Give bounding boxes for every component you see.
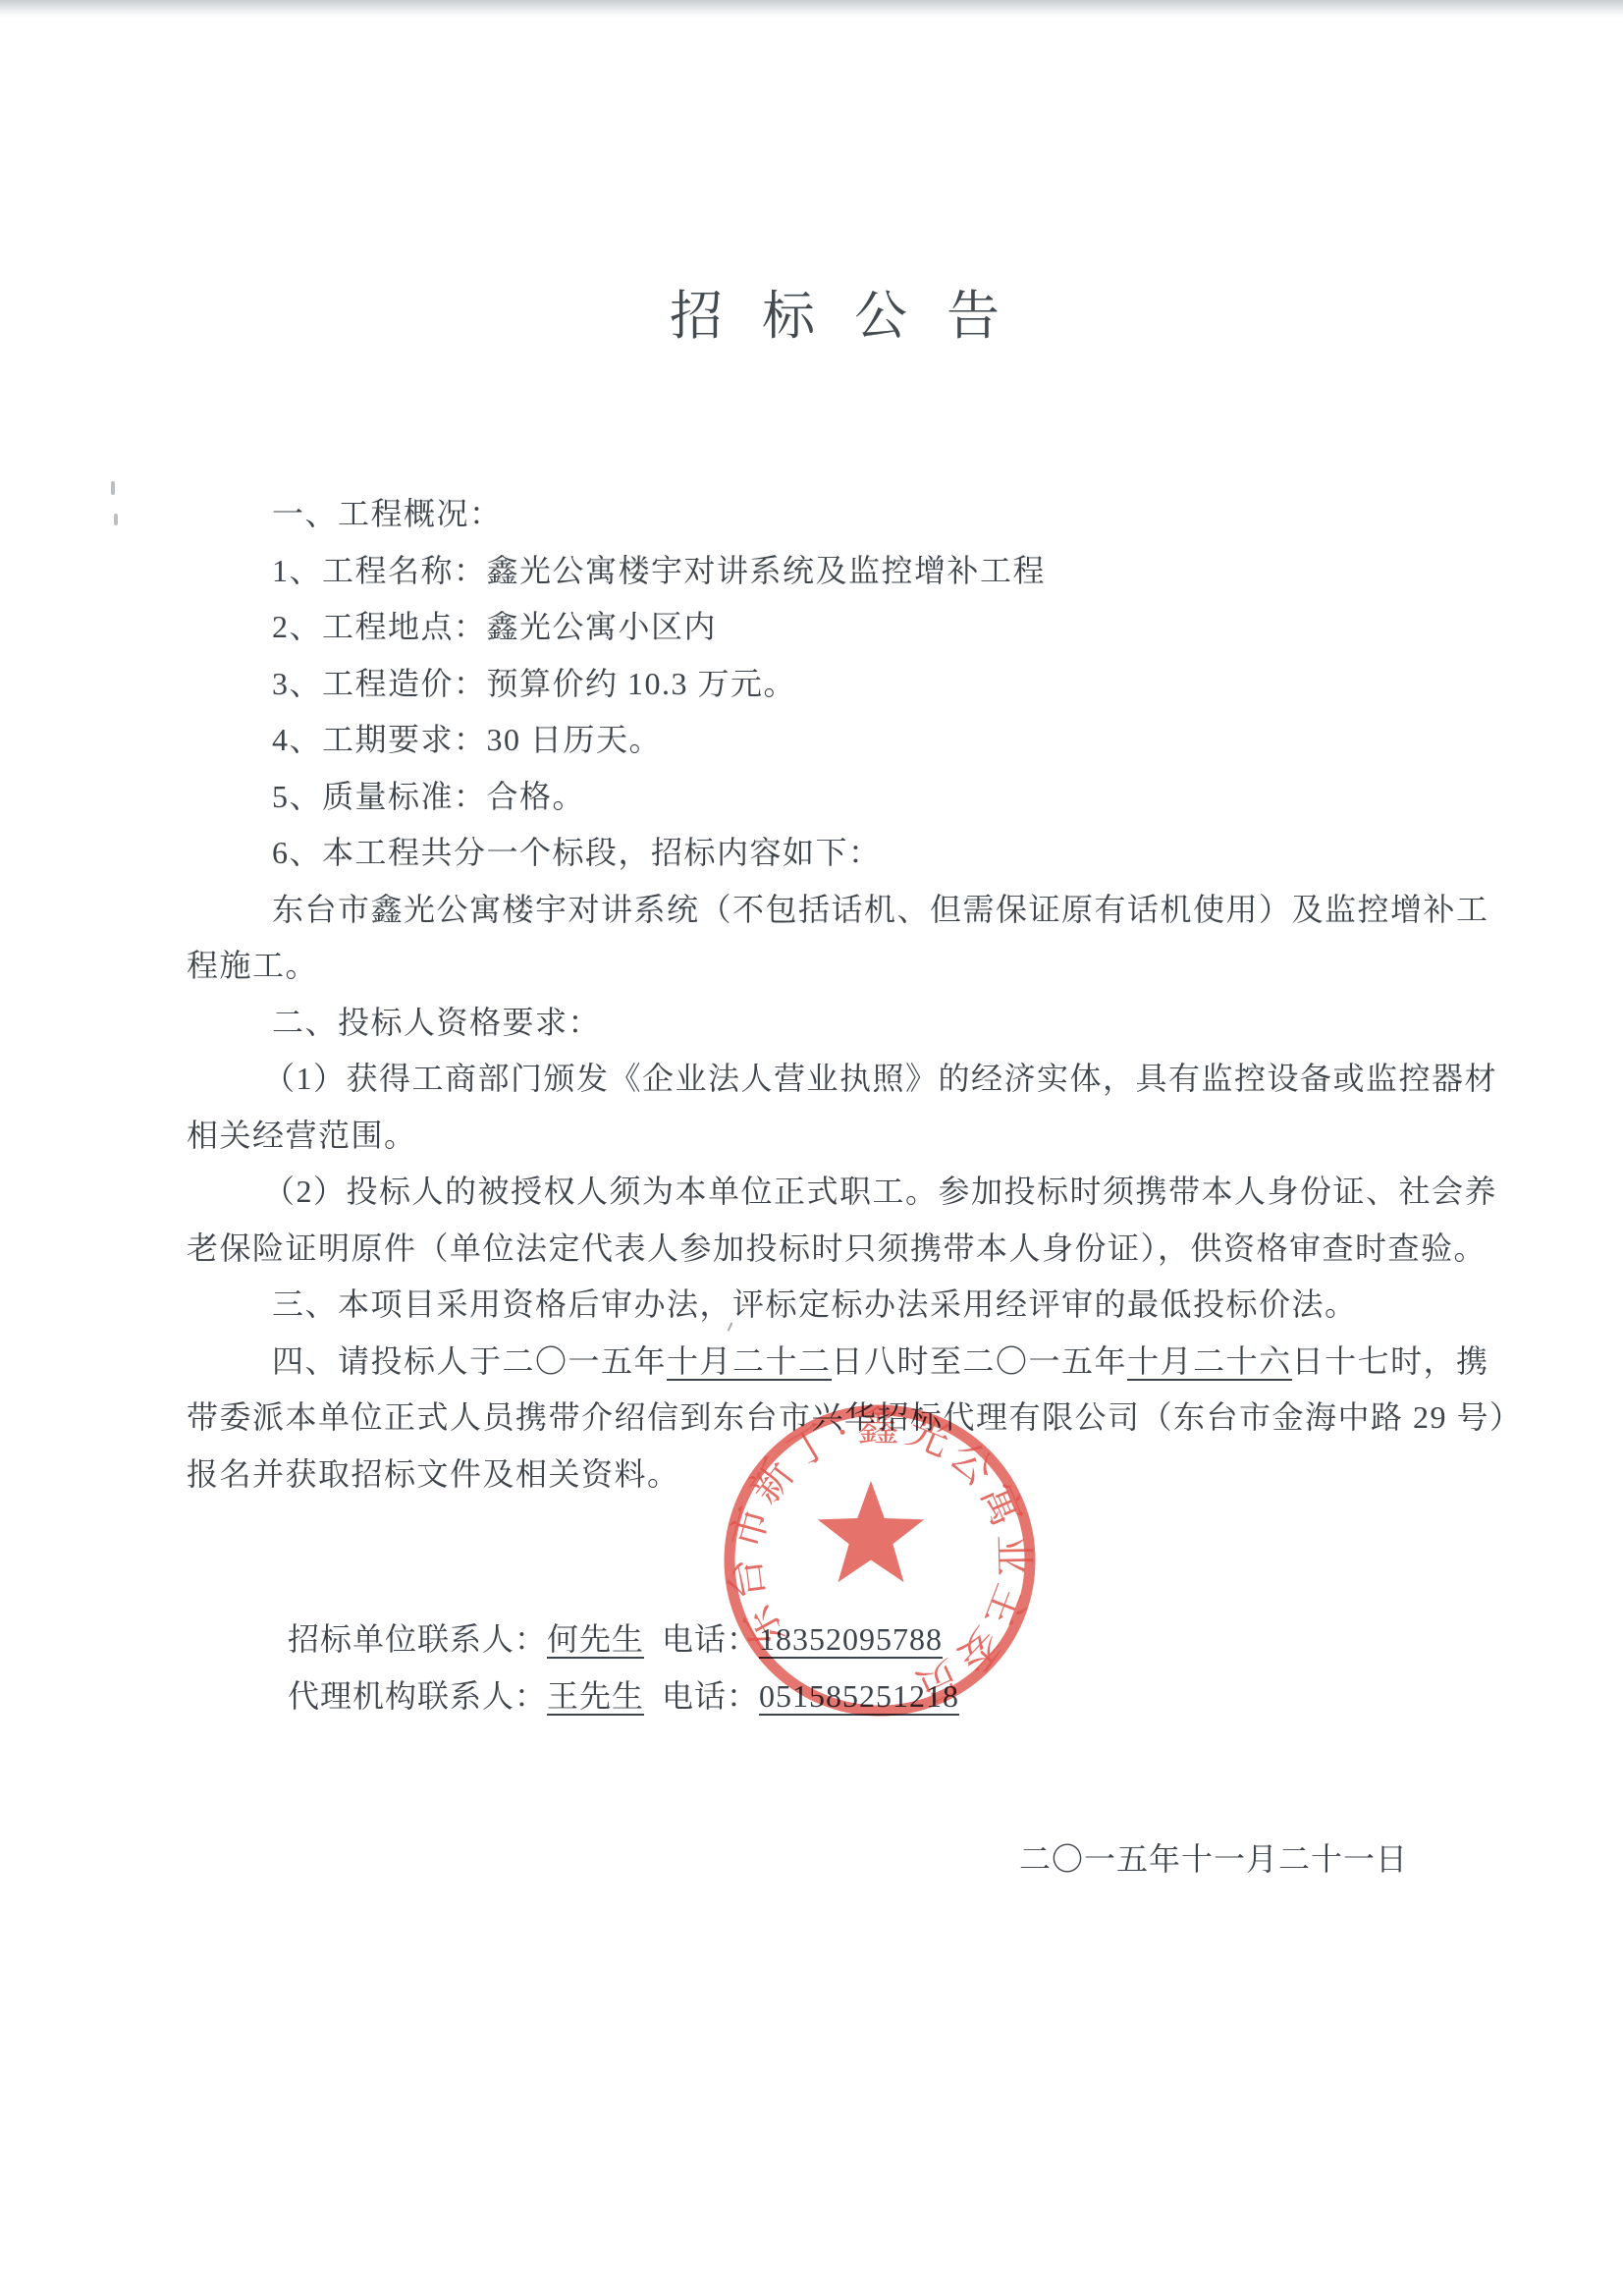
doc-line: 老保险证明原件（单位法定代表人参加投标时只须携带本人身份证），供资格审查时查验。 <box>187 1221 1564 1278</box>
text-run: 日十七时，携 <box>1292 1343 1489 1379</box>
text-run: 日八时至二〇一五年 <box>832 1343 1128 1379</box>
contact-name: 何先生 <box>547 1621 644 1659</box>
text-run: （1）获得工商部门颁发《企业法人营业执照》的经济实体，具有监控设备或监控器材 <box>263 1061 1497 1096</box>
document-body: 一、工程概况：1、工程名称：鑫光公寓楼宇对讲系统及监控增补工程2、工程地点：鑫光… <box>187 486 1564 1503</box>
doc-line: （1）获得工商部门颁发《企业法人营业执照》的经济实体，具有监控设备或监控器材 <box>187 1051 1564 1108</box>
text-run: 二、投标人资格要求： <box>272 1005 601 1040</box>
doc-line: 4、工期要求：30 日历天。 <box>187 712 1564 769</box>
doc-line: 二、投标人资格要求： <box>187 995 1564 1052</box>
doc-line: 相关经营范围。 <box>187 1108 1564 1165</box>
contact-line: 招标单位联系人：何先生电话：18352095788 <box>288 1612 959 1668</box>
contact-name: 王先生 <box>547 1678 644 1716</box>
underlined-text: 二十六 <box>1193 1343 1292 1381</box>
text-run: 老保险证明原件（单位法定代表人参加投标时只须携带本人身份证），供资格审查时查验。 <box>187 1230 1487 1266</box>
doc-line: 三、本项目采用资格后审办法，评标定标办法采用经评审的最低投标价法。 <box>187 1277 1564 1334</box>
text-run: 一、工程概况： <box>272 496 503 531</box>
scanner-edge-artifact <box>0 0 1623 18</box>
contact-block: 招标单位联系人：何先生电话：18352095788代理机构联系人：王先生电话：0… <box>288 1612 959 1724</box>
doc-line: 3、工程造价：预算价约 10.3 万元。 <box>187 656 1564 713</box>
doc-line: 5、质量标准：合格。 <box>187 769 1564 826</box>
text-run: 1、工程名称：鑫光公寓楼宇对讲系统及监控增补工程 <box>272 553 1046 588</box>
contact-label: 招标单位联系人： <box>288 1621 547 1657</box>
phone-label: 电话： <box>662 1678 759 1714</box>
doc-line: 报名并获取招标文件及相关资料。 <box>187 1447 1564 1503</box>
doc-line: 一、工程概况： <box>187 486 1564 543</box>
document-title: 招标公告 <box>670 287 1039 346</box>
text-run: 2、工程地点：鑫光公寓小区内 <box>272 609 717 644</box>
phone-number: 18352095788 <box>759 1621 943 1659</box>
text-run: 带委派本单位正式人员携带介绍信到东台市兴华招标代理有限公司（东台市金海中路 29… <box>187 1399 1523 1435</box>
text-run: 四、请投标人于二〇一五年 <box>272 1343 667 1379</box>
text-run: 3、工程造价：预算价约 10.3 万元。 <box>272 666 796 701</box>
doc-line: 2、工程地点：鑫光公寓小区内 <box>187 599 1564 656</box>
text-run: 5、质量标准：合格。 <box>272 779 585 814</box>
text-run: 三、本项目采用资格后审办法，评标定标办法采用经评审的最低投标价法。 <box>272 1286 1358 1322</box>
contact-label: 代理机构联系人： <box>288 1678 547 1714</box>
text-run: 报名并获取招标文件及相关资料。 <box>187 1456 680 1492</box>
underlined-text: 十月 <box>1127 1343 1193 1381</box>
scanned-document-page: 招标公告 一、工程概况：1、工程名称：鑫光公寓楼宇对讲系统及监控增补工程2、工程… <box>0 0 1623 2296</box>
doc-line: 带委派本单位正式人员携带介绍信到东台市兴华招标代理有限公司（东台市金海中路 29… <box>187 1390 1564 1447</box>
doc-line: 东台市鑫光公寓楼宇对讲系统（不包括话机、但需保证原有话机使用）及监控增补工 <box>187 882 1564 939</box>
scan-speck <box>111 481 115 495</box>
phone-number: 051585251218 <box>759 1678 959 1716</box>
doc-line: 1、工程名称：鑫光公寓楼宇对讲系统及监控增补工程 <box>187 543 1564 600</box>
doc-line: 四、请投标人于二〇一五年十月二十二日八时至二〇一五年十月二十六日十七时，携 <box>187 1334 1564 1391</box>
text-run: 东台市鑫光公寓楼宇对讲系统（不包括话机、但需保证原有话机使用）及监控增补工 <box>272 892 1489 927</box>
doc-line: 程施工。 <box>187 938 1564 995</box>
text-run: 6、本工程共分一个标段，招标内容如下： <box>272 835 882 870</box>
document-date: 二〇一五年十一月二十一日 <box>1019 1834 1408 1880</box>
underlined-text: 二十二 <box>732 1343 832 1381</box>
underlined-text: 十月 <box>667 1343 732 1381</box>
doc-line: （2）投标人的被授权人须为本单位正式职工。参加投标时须携带本人身份证、社会养 <box>187 1164 1564 1221</box>
scan-speck <box>114 514 118 525</box>
contact-line: 代理机构联系人：王先生电话：051585251218 <box>288 1668 959 1725</box>
text-run: 4、工期要求：30 日历天。 <box>272 722 662 757</box>
text-run: 相关经营范围。 <box>187 1118 417 1153</box>
text-run: （2）投标人的被授权人须为本单位正式职工。参加投标时须携带本人身份证、社会养 <box>263 1174 1497 1209</box>
text-run: 程施工。 <box>187 948 318 983</box>
phone-label: 电话： <box>662 1621 759 1657</box>
doc-line: 6、本工程共分一个标段，招标内容如下： <box>187 825 1564 882</box>
